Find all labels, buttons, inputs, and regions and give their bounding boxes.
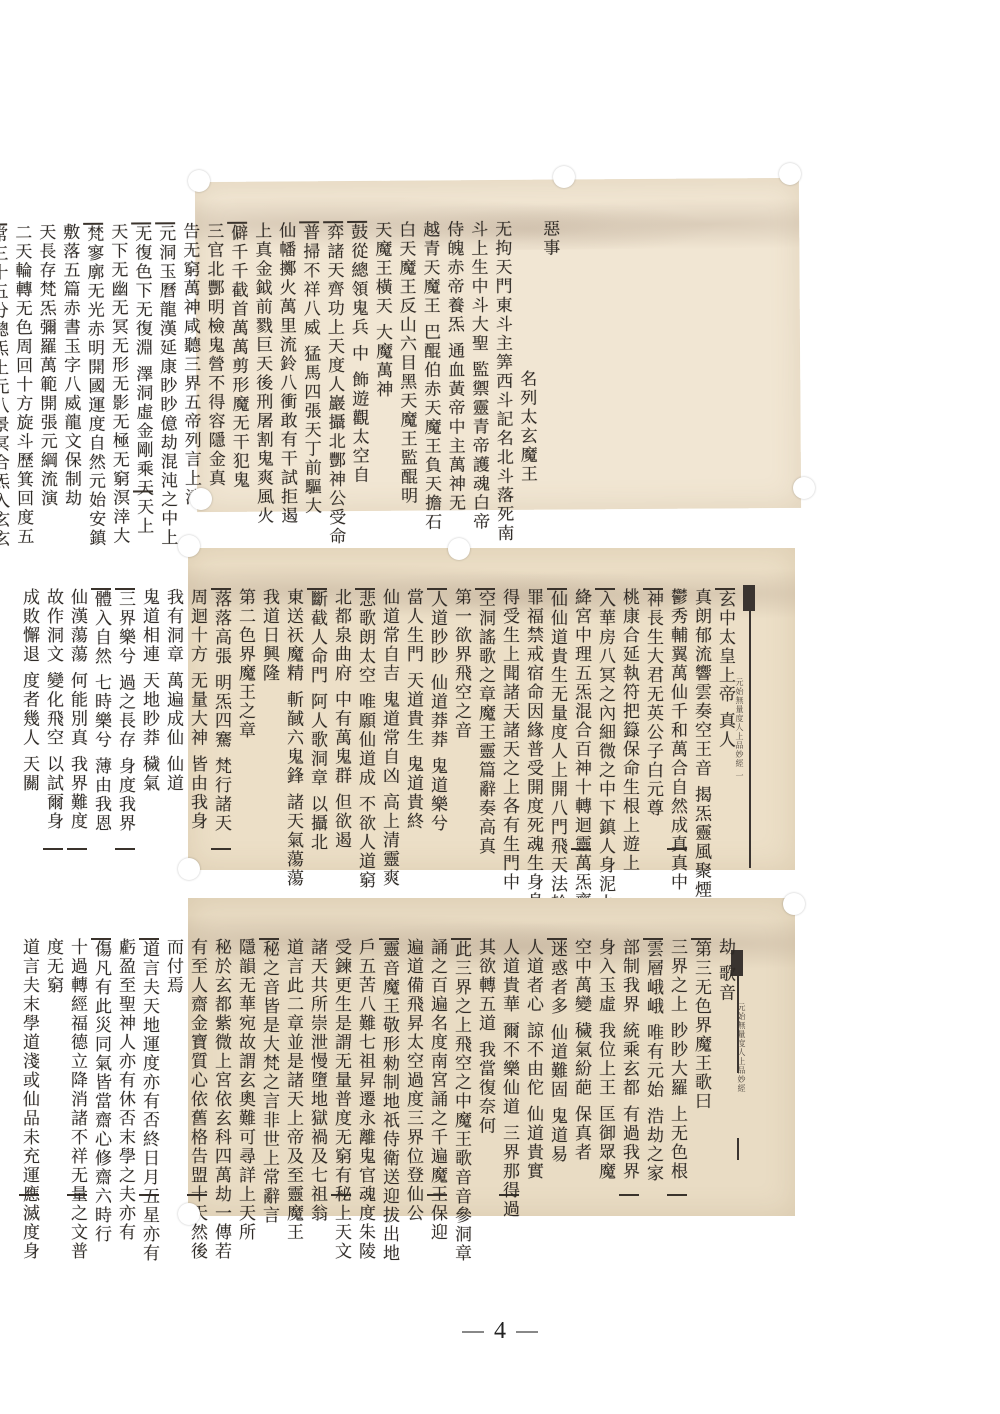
text-column: 鬱秀輔翼萬仙千和萬合自然成真真中 — [667, 588, 687, 850]
text-column: 悲歌朗太空 唯願仙道成 不欲人道窮 — [355, 588, 375, 850]
text-column: 迷惑者多 仙道難固 鬼道易 — [547, 938, 567, 1196]
text-column: 諸天共所崇泄慢墮地獄禍及七祖翁 — [307, 938, 327, 1196]
text-column: 三界之上 眇眇大羅 上无色根 — [667, 938, 687, 1196]
text-column: 故作洞文 變化飛空 以試爾身 — [43, 588, 63, 850]
text-column: 惡事 — [539, 220, 561, 490]
manuscript-fragment-3: 元始無量度人上品妙經 劫 歌音 第三无色界魔王歌曰 三界之上 眇眇大羅 上无色根… — [188, 898, 795, 1216]
pinhole — [188, 170, 210, 192]
text-column: 三界樂兮 過之長存 身度我界 — [115, 588, 135, 850]
text-columns: 玄中太皇上帝 真人 真朗郁流響雲奏空王音 揭炁靈風聚煙紫虛 鬱秀輔翼萬仙千和萬合… — [194, 588, 735, 850]
text-column: 度无窮 — [43, 938, 63, 1196]
text-column: 鼓從總領鬼兵 中 飾遊觀太空自 — [347, 221, 369, 491]
text-column: 劫 歌音 — [715, 938, 735, 1196]
pinhole — [178, 858, 200, 880]
text-column: 空中萬變 穢氣紛葩 保真者 — [571, 938, 591, 1196]
text-column: 落落高張 明炁四騫 梵行諸天 — [211, 588, 231, 850]
text-column: 隱韻无華宛故謂玄奧難可尋詳上天所 — [235, 938, 255, 1196]
manuscript-fragment-1: 惡事 名列太玄魔王 无拘天門東斗主筭西斗記名北斗落死南 斗上生中斗大聖 監禦靈青… — [195, 178, 801, 512]
margin-rule — [749, 588, 751, 868]
text-column: 神長生大君无英公子白元尊 — [643, 588, 663, 850]
text-column: 白天魔王反山六目黑天魔王監醌明 — [395, 221, 417, 491]
text-column: 第二色界魔王之章 — [235, 588, 255, 850]
text-column: 道言夫天地運度亦有否終日月五星亦有 — [139, 938, 159, 1196]
text-column: 周迴十方 无量大神 皆由我身 — [187, 588, 207, 850]
text-column: 无拘天門東斗主筭西斗記名北斗落死南 — [491, 220, 513, 490]
text-column: 受鍊更生是謂无量普度无窮有秘上天文 — [331, 938, 351, 1196]
text-column: 天下无幽无冥无形无影无極无窮溟涬大 — [107, 223, 129, 493]
text-column: 十過轉經福德立降消諸不祥无量之文普 — [67, 938, 87, 1196]
text-column: 敷落五篇赤書玉字八威龍文保制劫 — [59, 223, 81, 493]
text-column: 越青天魔王 巴醌伯赤天魔王負天擔石 — [419, 220, 441, 490]
dash-left — [462, 1331, 484, 1333]
text-column: 絳宮中理五炁混合百神十轉迴靈萬炁齊 — [571, 588, 591, 850]
text-column: 告无窮萬神咸聽三界五帝列言上清 — [179, 222, 201, 492]
text-column: 靈音魔王敬形勑制地祇侍衛送迎拔出地 — [379, 938, 399, 1196]
text-column: 道言夫末學道淺或仙品未充運應滅度身 — [19, 938, 39, 1196]
text-column: 誦之百遍名度南宮誦之千遍魔王保迎 — [427, 938, 447, 1196]
text-columns: 惡事 名列太玄魔王 无拘天門東斗主筭西斗記名北斗落死南 斗上生中斗大聖 監禦靈青… — [203, 220, 561, 492]
text-column: 人道者心 諒不由佗 仙道貴實 — [523, 938, 543, 1196]
text-column: 梵寥廓无光赤明開國運度自然元始安鎮 — [83, 223, 105, 493]
text-column: 仙幡擲火萬里流鈴八衝敢有干試拒遏 — [275, 221, 297, 491]
text-column: 元洞玉曆龍漢延康眇眇億劫混沌之中上 — [155, 222, 177, 492]
text-column: 斷截人命門 阿人歌洞章 以攝北 — [307, 588, 327, 850]
text-column: 部制我界 統乘玄都 有過我界 — [619, 938, 639, 1196]
text-column: 秘於玄都紫微上宮依玄科四萬劫一傳若 — [211, 938, 231, 1196]
text-column: 二天輪轉无色周回十方旋斗歷箕回度五 — [11, 223, 33, 493]
text-column: 第三无色界魔王歌曰 — [691, 938, 711, 1196]
text-column: 雲層峨峨 唯有元始 浩劫之家 — [643, 938, 663, 1196]
text-column: 天魔王橫天 大魔萬神 — [371, 221, 393, 491]
text-column: 人道眇眇 仙道莽莽 鬼道樂兮 — [427, 588, 447, 850]
manuscript-fragment-2: 元始無量度人上品妙經 一 玄中太皇上帝 真人 真朗郁流響雲奏空王音 揭炁靈風聚煙… — [188, 548, 795, 870]
text-column: 虧盈至聖神人亦有休否末學之夫亦有 — [115, 938, 135, 1196]
pinhole — [178, 535, 200, 557]
text-column: 上真金鉞前戮巨天後刑屠割鬼爽風火 — [251, 222, 273, 492]
text-column: 東送祆魔精 斬馘六鬼鋒 諸天氣蕩蕩 — [283, 588, 303, 850]
dash-right — [516, 1331, 538, 1333]
text-column: 入華房八冥之內細微之中下鎮人身泥丸 — [595, 588, 615, 850]
text-column: 僻千千截首萬萬剪形魔无干犯鬼 — [227, 222, 249, 492]
text-column: 仙漢蕩蕩 何能別真 我界難度 — [67, 588, 87, 850]
text-column: 第一欲界飛空之音 — [451, 588, 471, 850]
text-column: 得受生上聞諸天諸天之上各有生門中 — [499, 588, 519, 850]
text-column: 仙道常自吉 鬼道常自凶 高上清靈爽 — [379, 588, 399, 850]
text-column: 我道日興隆 — [259, 588, 279, 850]
text-column: 道言此二章並是諸天上帝及至靈魔王 — [283, 938, 303, 1196]
text-column: 罪福禁戒宿命因緣普受開度死魂生身身 — [523, 588, 543, 850]
pinhole — [783, 893, 805, 915]
text-column: 桃康合延執符把籙保命生根上遊上 — [619, 588, 639, 850]
text-column: 我有洞章 萬遍成仙 仙道 — [163, 588, 183, 850]
text-column: 其欲轉五道 我當復奈何 — [475, 938, 495, 1196]
text-column: 遍道備飛昇太空過度三界位登仙公 — [403, 938, 423, 1196]
text-column: 成敗懈退 度者幾人 天關 — [19, 588, 39, 850]
text-column: 名列太玄魔王 — [515, 220, 537, 490]
text-column: 真朗郁流響雲奏空王音 揭炁靈風聚煙紫虛 — [691, 588, 711, 850]
text-column: 玄中太皇上帝 真人 — [715, 588, 735, 850]
text-column: 空洞謠歌之章魔王靈篇辭奏高真 — [475, 588, 495, 850]
pinhole — [793, 477, 815, 499]
text-column: 斗上生中斗大聖 監禦靈青帝護魂白帝 — [467, 220, 489, 490]
text-column: 秘之音皆是大梵之言非世上常辭言 — [259, 938, 279, 1196]
text-column: 而付焉 — [163, 938, 183, 1196]
pinhole — [448, 538, 470, 560]
text-column: 北都泉曲府 中有萬鬼群 但欲遏 — [331, 588, 351, 850]
text-column: 鬼道相連 天地眇莽 穢氣 — [139, 588, 159, 850]
text-column: 三官北酆明檢鬼營不得容隱金真 — [203, 222, 225, 492]
text-column: 人道貴華 爾不樂仙道 三界那得過 — [499, 938, 519, 1196]
text-column: 侍魄赤帝養炁 通血黃帝中主萬神无 — [443, 220, 465, 490]
margin-rule — [737, 1138, 739, 1160]
text-column: 弈諸天齊功上天度人巖攝北酆神公受命 — [323, 221, 345, 491]
pinhole — [178, 1203, 200, 1225]
text-column: 常三十五分總炁上元八景冥合炁入玄玄 — [0, 223, 9, 493]
text-column: 身入玉虛 我位上王 匡御眾魔 — [595, 938, 615, 1196]
text-column: 當人生門 天道貴生 鬼道貴終 — [403, 588, 423, 850]
text-column: 傷凡有此災同氣皆當齋心修齋六時行 — [91, 938, 111, 1196]
text-column: 普掃不祥八威 猛馬四張天丁前驅大 — [299, 221, 321, 491]
text-column: 此三界之上飛空之中魔王歌音音參洞章 — [451, 938, 471, 1196]
page-number-value: 4 — [494, 1318, 506, 1344]
text-column: 體入自然 七時樂兮 薄由我恩 — [91, 588, 111, 850]
page-number: 4 — [0, 1318, 1000, 1345]
margin-note: 元始無量度人上品妙經 一 — [734, 678, 745, 781]
text-columns: 劫 歌音 第三无色界魔王歌曰 三界之上 眇眇大羅 上无色根 雲層峨峨 唯有元始 … — [196, 938, 735, 1196]
text-column: 戶五苦八難七祖昇遷永離鬼官魂度朱陵 — [355, 938, 375, 1196]
text-column: 天長存梵炁彌羅萬範開張元綱流演 — [35, 223, 57, 493]
pinhole — [553, 166, 575, 188]
text-column: 无復色下无復淵 澤洞虛金剛乘天天上 — [131, 222, 153, 492]
pinhole — [190, 488, 212, 510]
margin-note: 元始無量度人上品妙經 — [736, 1003, 747, 1093]
text-column: 仙仙道貴生无量度人上開八門飛天法輪 — [547, 588, 567, 850]
text-column: 有至人齋金寶質心依舊格告盟十天然後 — [187, 938, 207, 1196]
pinhole — [779, 163, 801, 185]
